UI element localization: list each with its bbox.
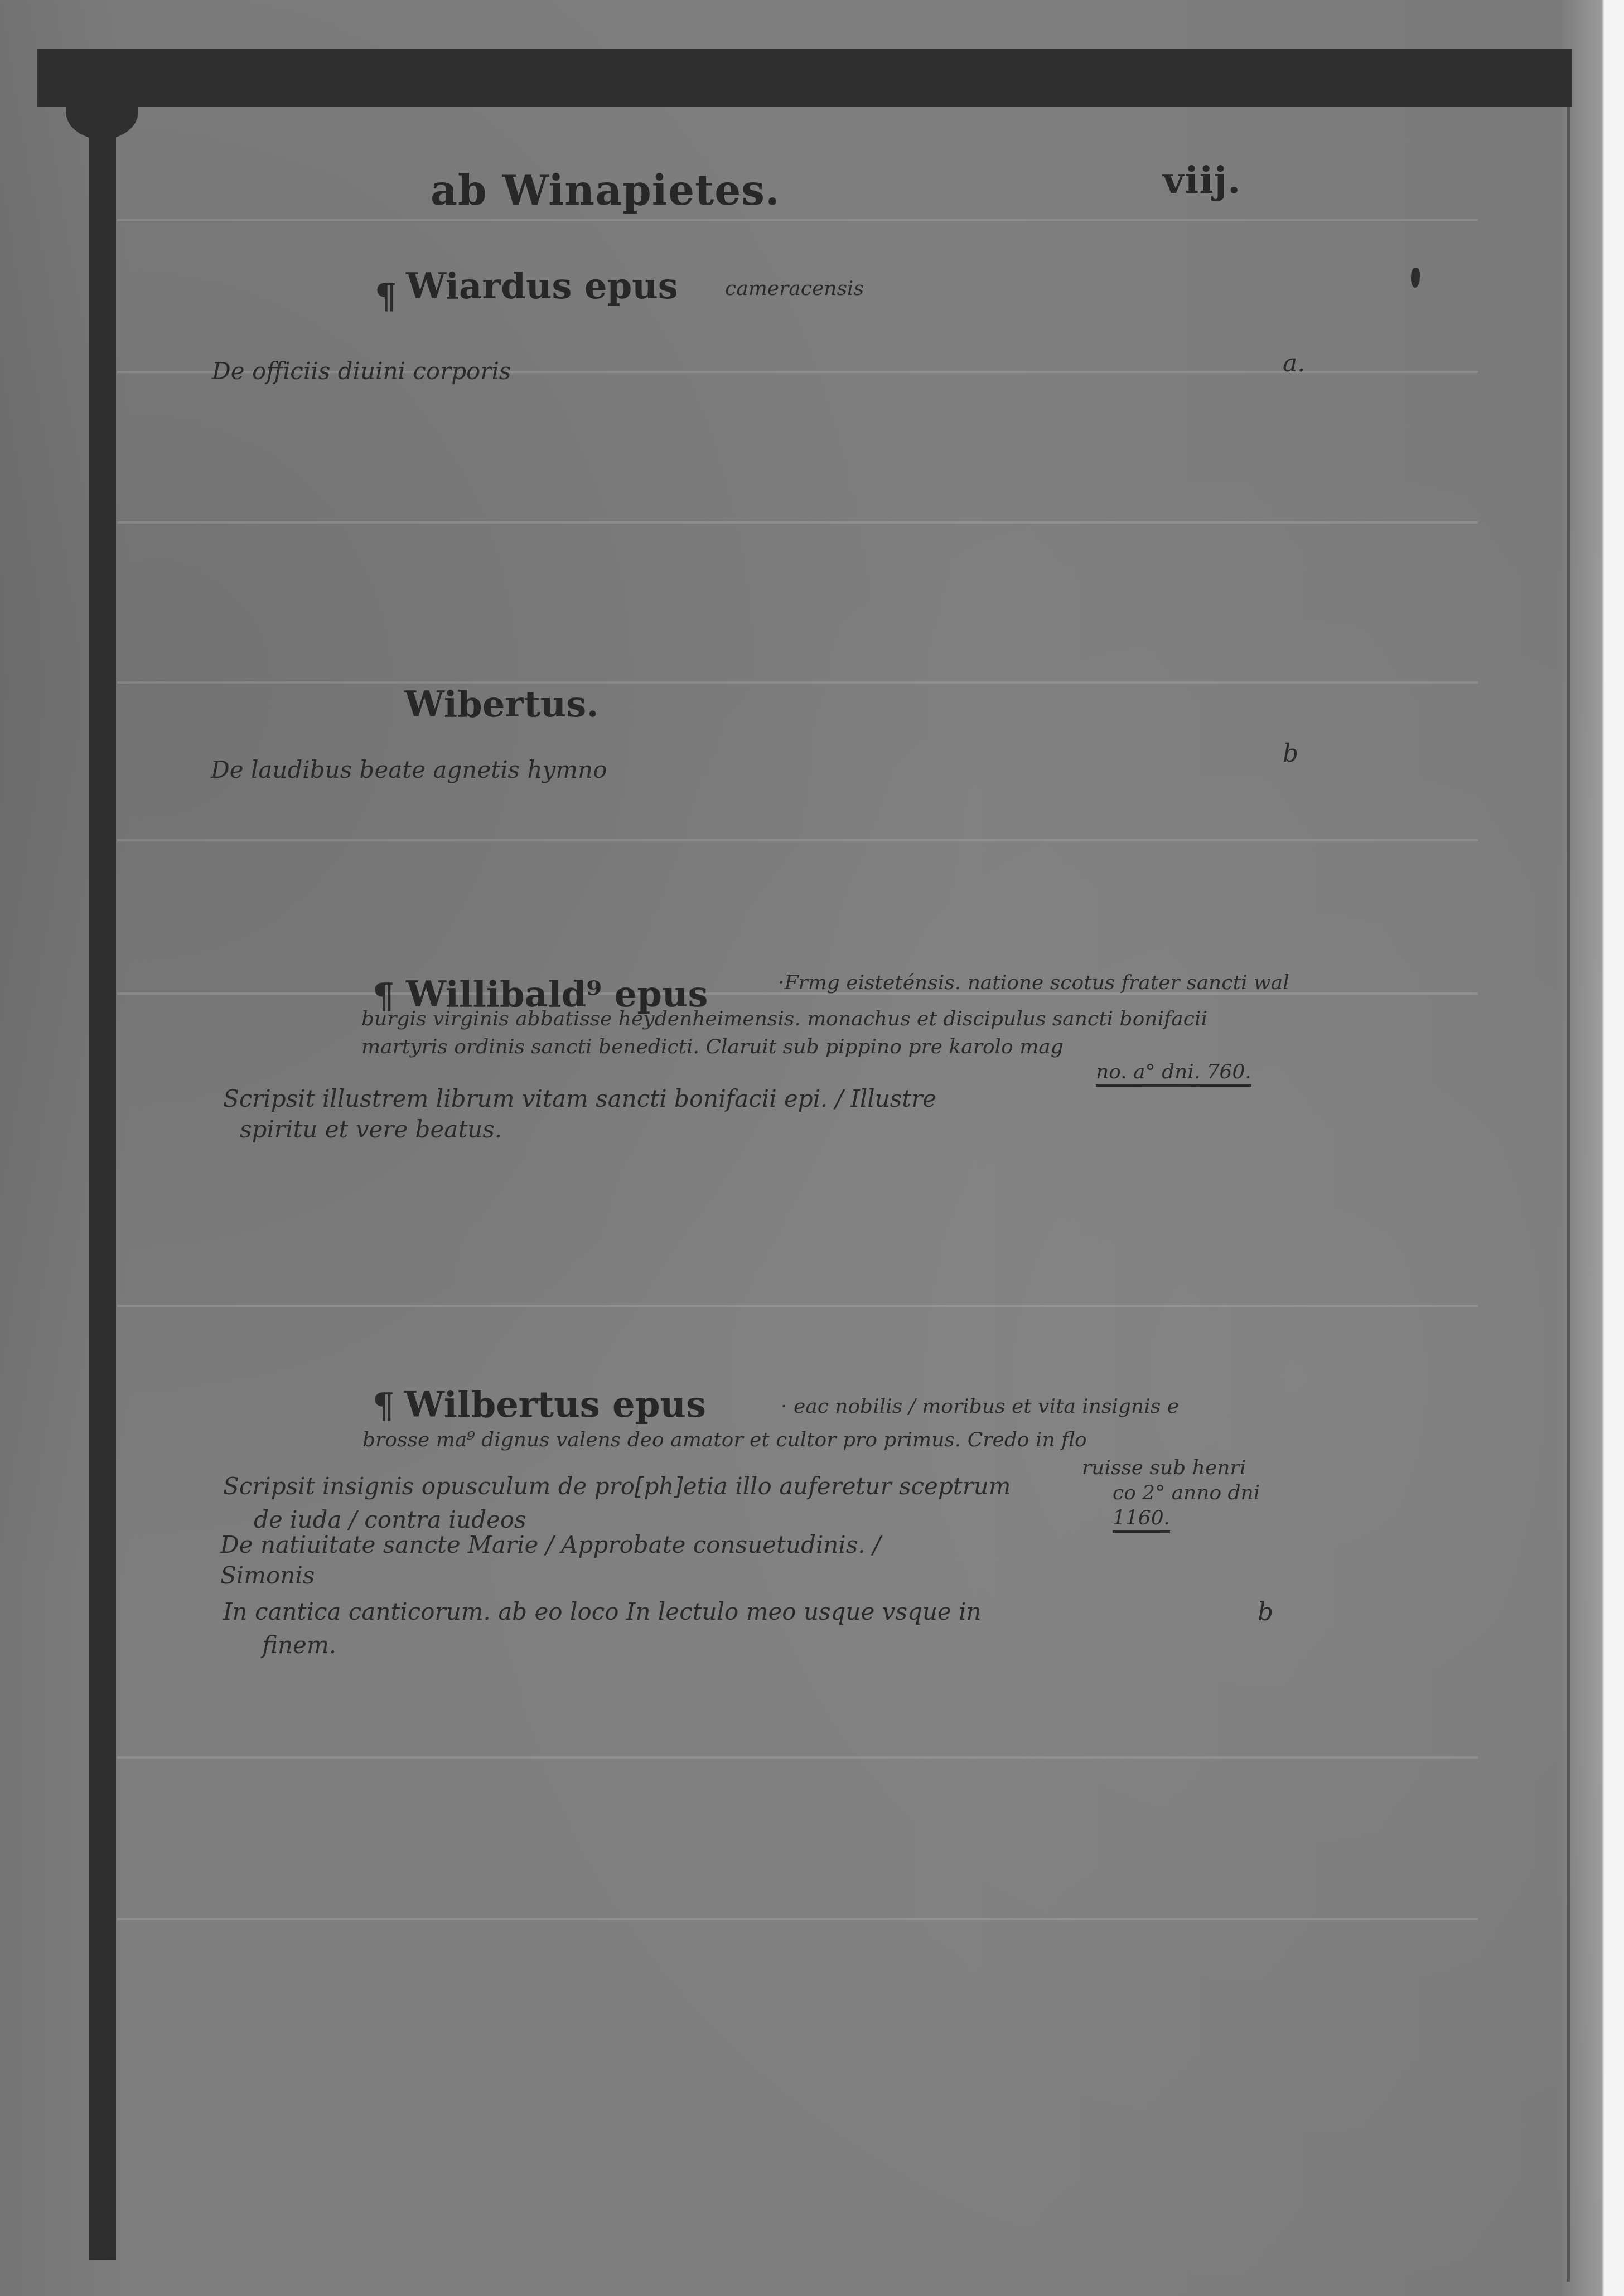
entry-title: Wiardus epus: [406, 269, 678, 304]
entry-date: 1160.: [1113, 1508, 1170, 1533]
ruled-line: [117, 1305, 1478, 1307]
entry-description-line: ruisse sub henri: [1082, 1458, 1246, 1478]
archival-mask-top-bar: [37, 49, 1572, 107]
work-title: Scripsit illustrem librum vitam sancti b…: [223, 1087, 936, 1111]
ruled-line: [117, 1918, 1478, 1920]
margin-letter: a.: [1283, 351, 1305, 376]
entry-description-line: co 2° anno dni: [1113, 1483, 1260, 1503]
work-title: De natiuitate sancte Marie / Approbate c…: [220, 1533, 881, 1557]
entry-date: no. a° dni. 760.: [1096, 1062, 1251, 1087]
work-title: Scripsit insignis opusculum de pro[ph]et…: [223, 1475, 1011, 1498]
entry-title: Wilbertus epus: [404, 1387, 706, 1423]
work-title: Simonis: [220, 1564, 315, 1587]
work-title-continuation: spiritu et vere beatus.: [240, 1118, 502, 1141]
entry-description-line: martyris ordinis sancti benedicti. Claru…: [361, 1037, 1064, 1057]
ruled-line: [117, 681, 1478, 684]
ruled-line: [117, 219, 1478, 221]
ruled-line: [117, 1756, 1478, 1759]
work-title: In cantica canticorum. ab eo loco In lec…: [223, 1600, 982, 1624]
entry-title: Wibertus.: [404, 687, 599, 723]
archival-mask-left-bar: [89, 106, 116, 2260]
work-title-continuation: finem.: [262, 1634, 336, 1657]
margin-letter: b: [1283, 742, 1298, 766]
margin-letter: b: [1258, 1600, 1273, 1625]
page-background: [0, 0, 1624, 2296]
running-title: ab Winapietes.: [431, 170, 780, 211]
entry-name-note: ·Frmg eisteténsis. natione scotus frater…: [778, 973, 1289, 993]
entry-description-line: burgis virginis abbatisse heydenheimensi…: [361, 1009, 1207, 1029]
right-margin-rule: [1567, 107, 1570, 2282]
work-title-continuation: de iuda / contra iudeos: [254, 1508, 526, 1532]
entry-description-line: brosse ma⁹ dignus valens deo amator et c…: [362, 1430, 1087, 1450]
ruled-line: [117, 521, 1478, 524]
ruled-line: [117, 839, 1478, 841]
pilcrow-mark: ¶: [373, 1388, 394, 1423]
entry-name-note: cameracensis: [725, 279, 864, 299]
pilcrow-mark: ¶: [375, 279, 397, 313]
folio-number: viij.: [1163, 162, 1241, 198]
entry-name-note: · eac nobilis / moribus et vita insignis…: [781, 1397, 1179, 1417]
work-title: De laudibus beate agnetis hymno: [211, 758, 607, 782]
work-title: De officiis diuini corporis: [212, 360, 511, 383]
